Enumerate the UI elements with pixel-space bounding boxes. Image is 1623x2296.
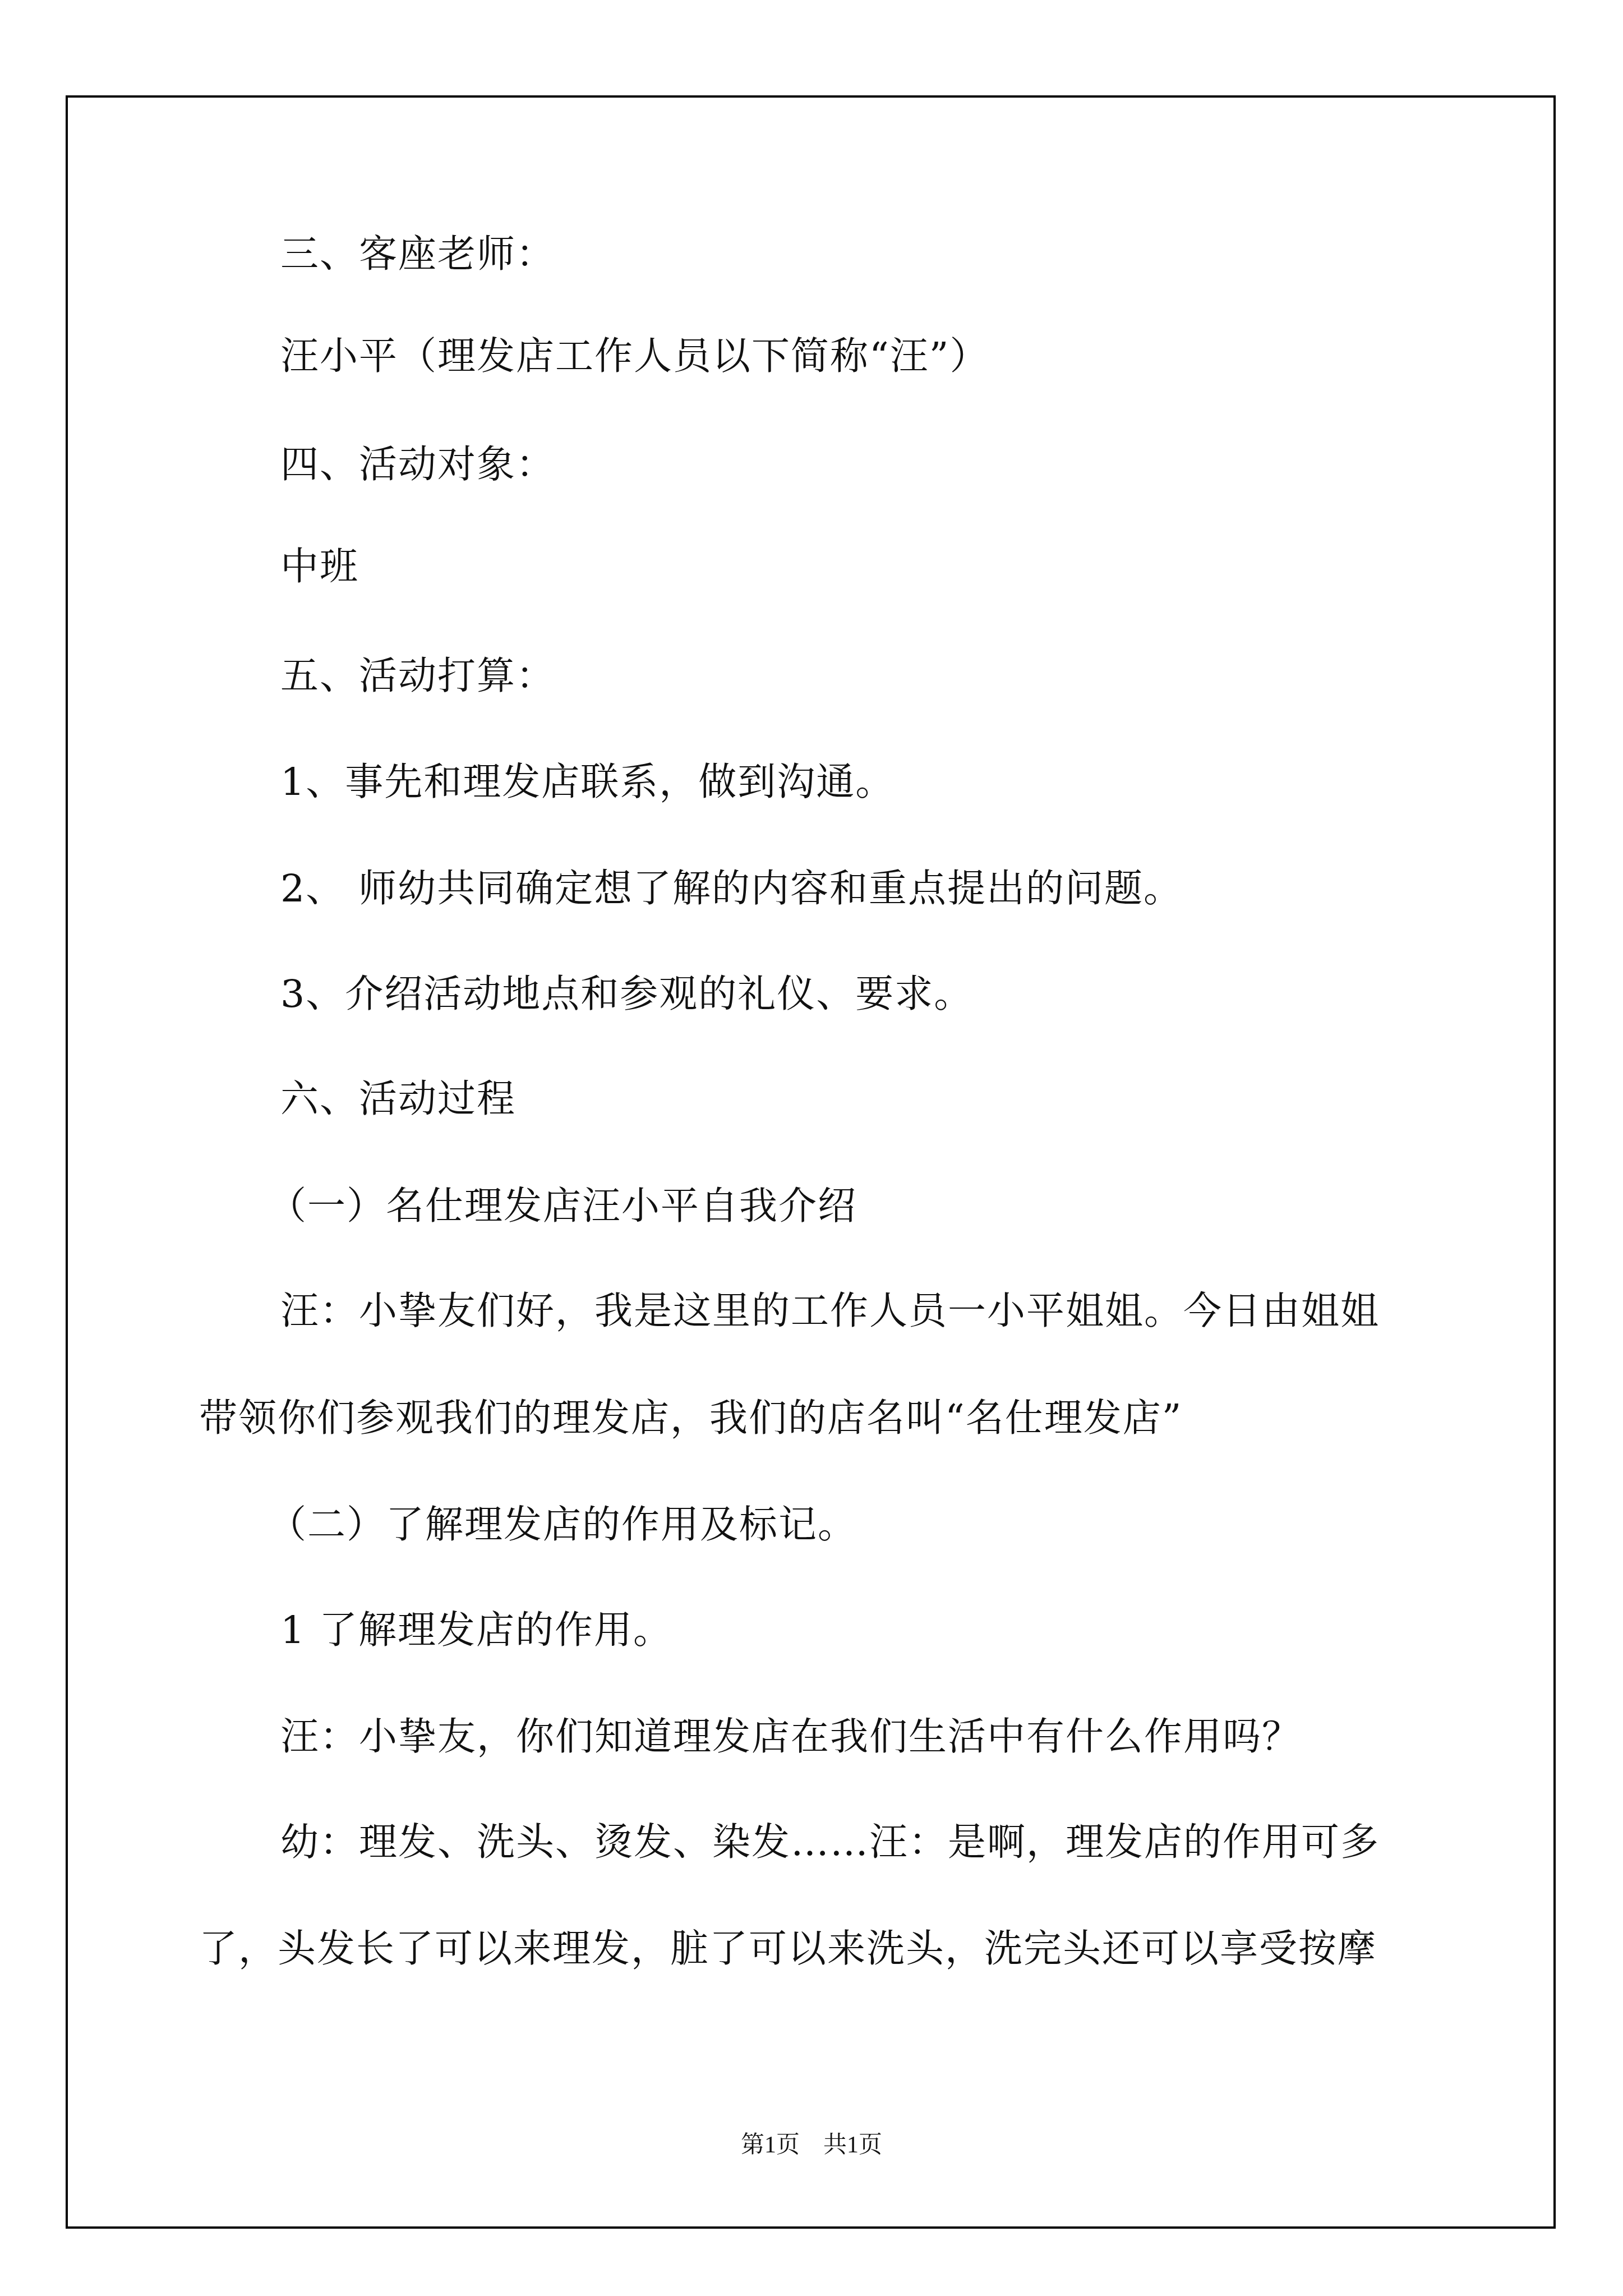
paragraph-line: 幼：理发、洗头、烫发、染发……汪：是啊，理发店的作用可多 <box>280 1824 1380 1862</box>
page-number-footer: 第1页 共1页 <box>0 2126 1623 2160</box>
paragraph-guest-name: 汪小平（理发店工作人员以下简称“汪”） <box>280 338 989 376</box>
paragraph-line: 汪：小挚友们好，我是这里的工作人员一小平姐姐。今日由姐姐 <box>280 1292 1380 1331</box>
heading-activity-plan: 五、活动打算： <box>280 657 555 696</box>
list-item-1: 1、事先和理发店联系，做到沟通。 <box>280 763 895 802</box>
list-item-3: 3、介绍活动地点和参观的礼仪、要求。 <box>280 976 973 1014</box>
subheading-1: （一）名仕理发店汪小平自我介绍 <box>268 1188 857 1226</box>
list-item-2: 2、 师幼共同确定想了解的内容和重点提出的问题。 <box>280 870 1183 908</box>
heading-guest-teacher: 三、客座老师： <box>280 236 555 274</box>
paragraph-line: 带领你们参观我们的理发店，我们的店名叫“名仕理发店” <box>199 1400 1183 1438</box>
page-border <box>66 95 1556 2229</box>
heading-activity-process: 六、活动过程 <box>280 1080 516 1119</box>
paragraph-line: 了，头发长了可以来理发，脏了可以来洗头，洗完头还可以享受按摩 <box>199 1930 1377 1968</box>
paragraph-class: 中班 <box>280 548 359 586</box>
subheading-2: （二）了解理发店的作用及标记。 <box>268 1506 857 1544</box>
paragraph-line: 汪：小挚友，你们知道理发店在我们生活中有什么作用吗？ <box>280 1718 1301 1756</box>
paragraph-line: 1 了解理发店的作用。 <box>280 1612 672 1650</box>
heading-activity-target: 四、活动对象： <box>280 446 555 484</box>
